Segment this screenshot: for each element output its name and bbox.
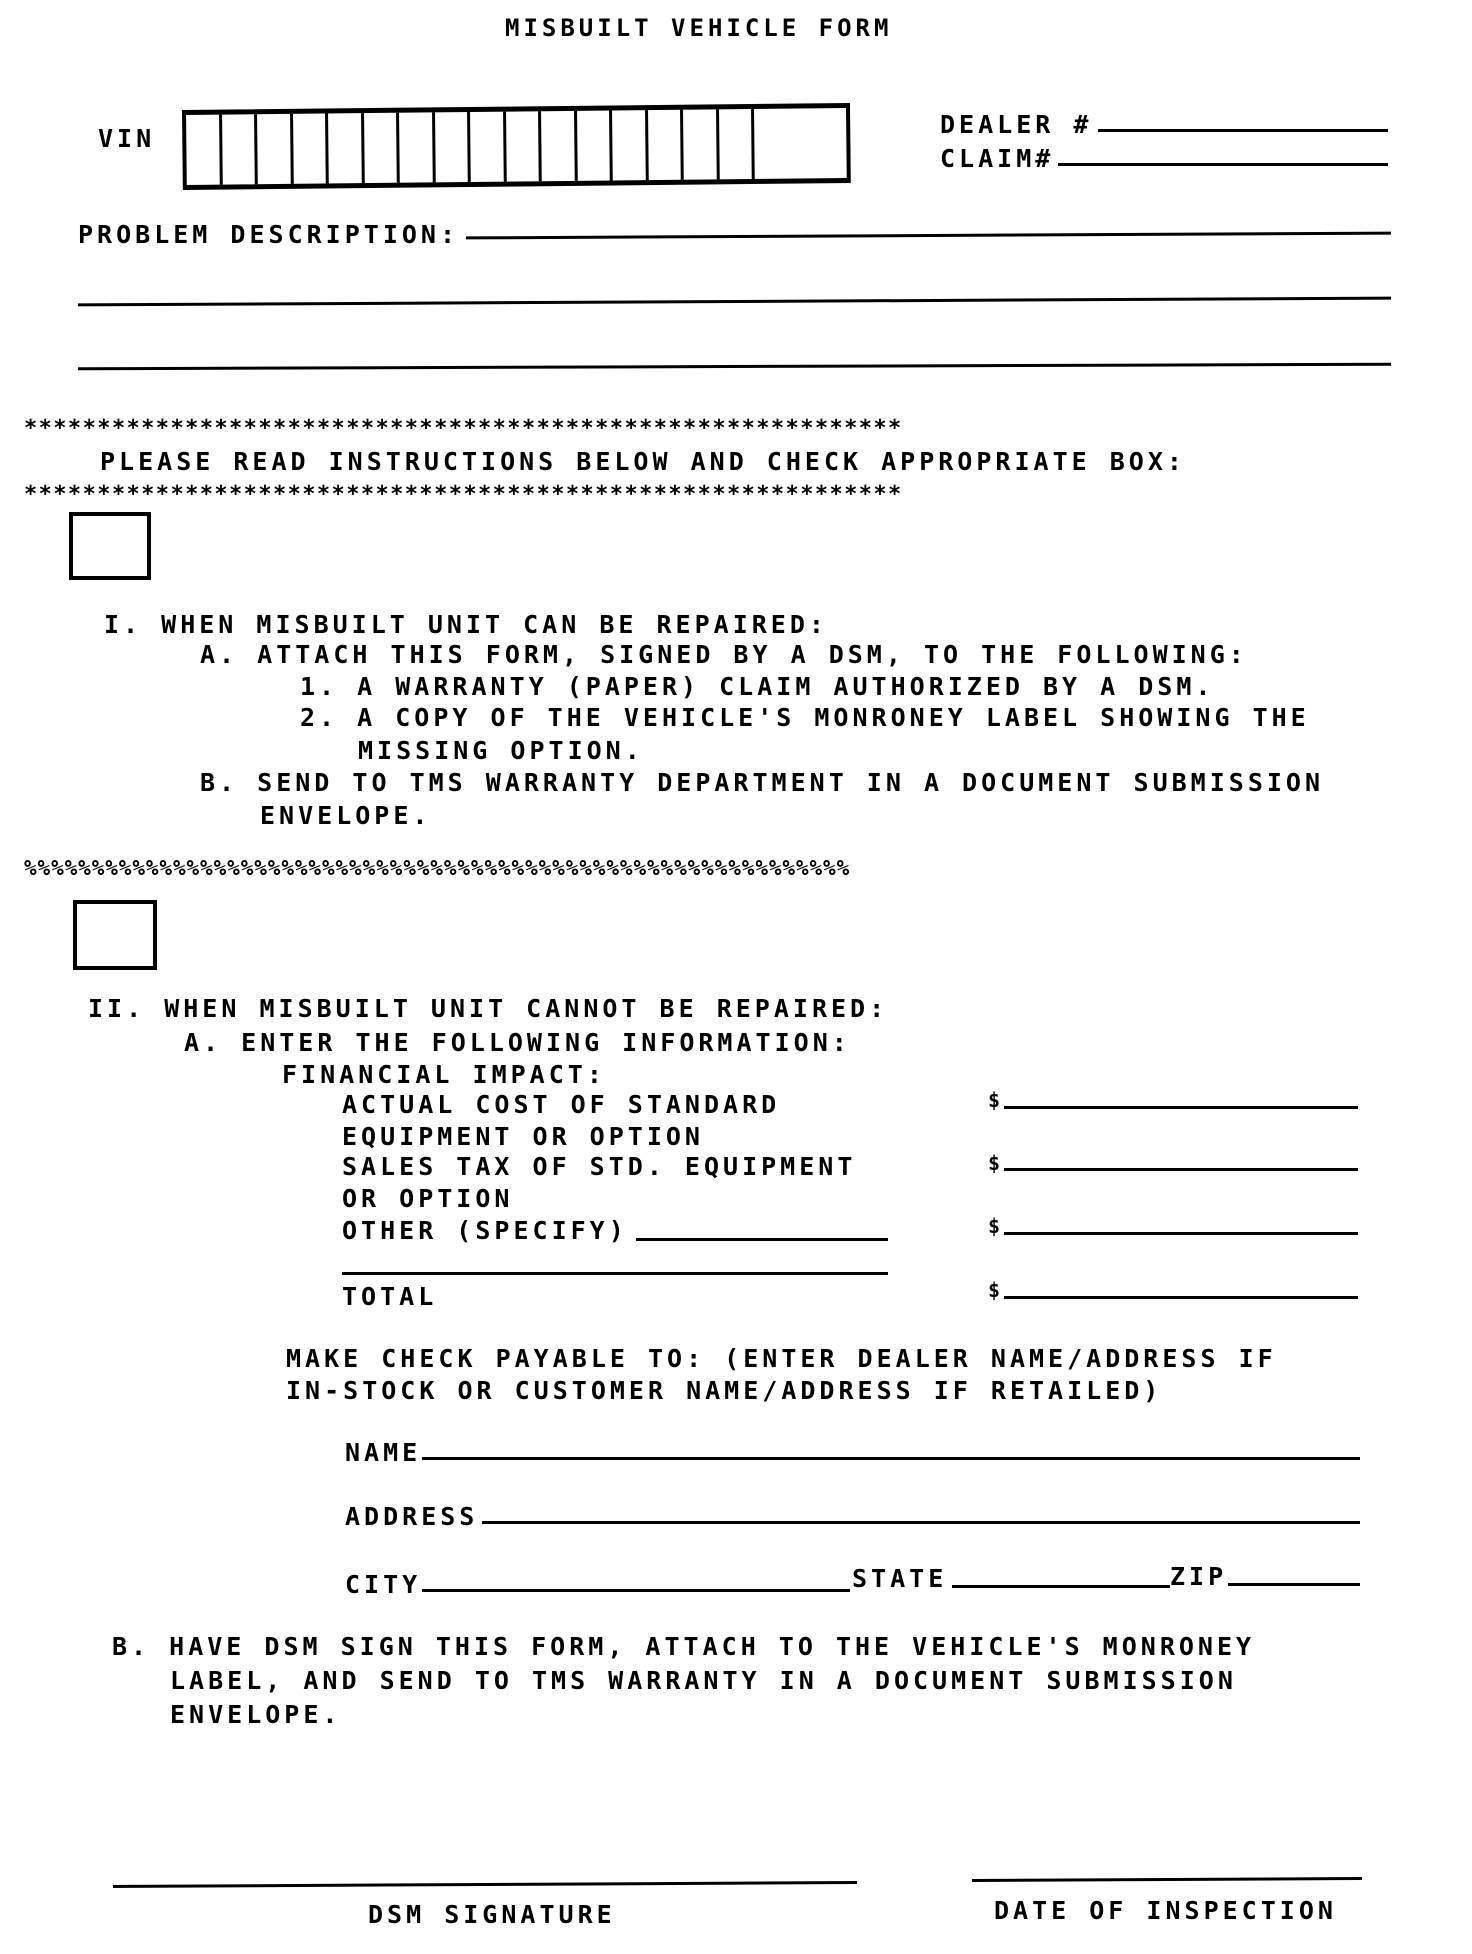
checkbox-cannot-be-repaired[interactable] bbox=[73, 900, 157, 970]
vin-char-4[interactable] bbox=[293, 113, 329, 183]
section-2-item-b: B. HAVE DSM SIGN THIS FORM, ATTACH TO TH… bbox=[112, 1634, 1255, 1659]
state-label: STATE bbox=[852, 1566, 947, 1591]
vin-char-1[interactable] bbox=[186, 115, 222, 185]
date-of-inspection-field[interactable] bbox=[972, 1877, 1362, 1882]
address-field[interactable] bbox=[482, 1521, 1360, 1524]
address-label: ADDRESS bbox=[345, 1504, 478, 1529]
problem-description-field-2[interactable] bbox=[78, 297, 1391, 307]
zip-field[interactable] bbox=[1228, 1583, 1360, 1586]
sales-tax-field[interactable] bbox=[1004, 1168, 1358, 1171]
payable-instructions: MAKE CHECK PAYABLE TO: (ENTER DEALER NAM… bbox=[286, 1346, 1277, 1371]
vin-char-8[interactable] bbox=[435, 112, 471, 182]
city-field[interactable] bbox=[422, 1589, 850, 1592]
vin-char-6[interactable] bbox=[364, 113, 400, 183]
other-specify-field[interactable] bbox=[636, 1238, 888, 1241]
other-amount-field[interactable] bbox=[1004, 1232, 1358, 1235]
percent-separator: %%%%%%%%%%%%%%%%%%%%%%%%%%%%%%%%%%%%%%%%… bbox=[24, 858, 850, 879]
problem-description-label: PROBLEM DESCRIPTION: bbox=[78, 222, 459, 247]
section-1-item-a2-cont: MISSING OPTION. bbox=[358, 738, 644, 763]
section-1-item-a2: 2. A COPY OF THE VEHICLE'S MONRONEY LABE… bbox=[300, 705, 1310, 730]
claim-number-label: CLAIM# bbox=[940, 146, 1054, 171]
vin-char-7[interactable] bbox=[399, 112, 435, 182]
vin-char-2[interactable] bbox=[222, 114, 258, 184]
vin-label: VIN bbox=[98, 126, 155, 151]
state-field[interactable] bbox=[952, 1585, 1170, 1588]
form-title: MISBUILT VEHICLE FORM bbox=[505, 16, 892, 40]
total-field[interactable] bbox=[1004, 1296, 1358, 1299]
name-label: NAME bbox=[345, 1440, 421, 1465]
vin-char-10[interactable] bbox=[506, 111, 542, 181]
other-specify-label: OTHER (SPECIFY) bbox=[342, 1218, 628, 1243]
vin-input-boxes[interactable] bbox=[182, 103, 851, 190]
section-1-item-b-cont: ENVELOPE. bbox=[260, 803, 431, 828]
sales-tax-label-cont: OR OPTION bbox=[342, 1186, 513, 1211]
section-2-heading: II. WHEN MISBUILT UNIT CANNOT BE REPAIRE… bbox=[88, 996, 888, 1021]
section-1-item-a: A. ATTACH THIS FORM, SIGNED BY A DSM, TO… bbox=[200, 642, 1248, 667]
actual-cost-label: ACTUAL COST OF STANDARD bbox=[342, 1092, 780, 1117]
vin-char-5[interactable] bbox=[328, 113, 364, 183]
vin-char-9[interactable] bbox=[470, 112, 506, 182]
section-1-heading: I. WHEN MISBUILT UNIT CAN BE REPAIRED: bbox=[104, 612, 828, 637]
dsm-signature-field[interactable] bbox=[113, 1881, 857, 1888]
section-2-item-b-cont-2: ENVELOPE. bbox=[170, 1702, 341, 1727]
actual-cost-currency: $ bbox=[988, 1090, 1004, 1110]
problem-description-field-3[interactable] bbox=[78, 363, 1391, 371]
vin-char-3[interactable] bbox=[257, 114, 293, 184]
actual-cost-label-cont: EQUIPMENT OR OPTION bbox=[342, 1124, 704, 1149]
sales-tax-label: SALES TAX OF STD. EQUIPMENT bbox=[342, 1154, 856, 1179]
instructions-heading: PLEASE READ INSTRUCTIONS BELOW AND CHECK… bbox=[100, 449, 1186, 474]
dealer-number-field[interactable] bbox=[1098, 129, 1388, 132]
vin-char-11[interactable] bbox=[541, 111, 577, 181]
vin-char-12[interactable] bbox=[577, 110, 613, 180]
vin-char-15[interactable] bbox=[683, 109, 719, 179]
dsm-signature-label: DSM SIGNATURE bbox=[368, 1902, 616, 1927]
section-1-item-a1: 1. A WARRANTY (PAPER) CLAIM AUTHORIZED B… bbox=[300, 674, 1214, 699]
other-currency: $ bbox=[988, 1216, 1004, 1236]
vin-char-16[interactable] bbox=[719, 109, 755, 179]
zip-label: ZIP bbox=[1170, 1564, 1227, 1589]
star-separator-top: ****************************************… bbox=[24, 418, 903, 440]
section-2-item-a: A. ENTER THE FOLLOWING INFORMATION: bbox=[184, 1030, 851, 1055]
section-1-item-b: B. SEND TO TMS WARRANTY DEPARTMENT IN A … bbox=[200, 770, 1324, 795]
date-of-inspection-label: DATE OF INSPECTION bbox=[994, 1898, 1337, 1923]
section-2-item-b-cont: LABEL, AND SEND TO TMS WARRANTY IN A DOC… bbox=[170, 1668, 1237, 1693]
problem-description-field-1[interactable] bbox=[466, 232, 1391, 240]
vin-char-13[interactable] bbox=[612, 110, 648, 180]
total-currency: $ bbox=[988, 1280, 1004, 1300]
total-label: TOTAL bbox=[342, 1284, 437, 1309]
actual-cost-field[interactable] bbox=[1004, 1106, 1358, 1109]
sales-tax-currency: $ bbox=[988, 1153, 1004, 1173]
vin-char-17[interactable] bbox=[754, 109, 790, 179]
vin-char-14[interactable] bbox=[648, 110, 684, 180]
financial-impact-label: FINANCIAL IMPACT: bbox=[282, 1062, 606, 1087]
claim-number-field[interactable] bbox=[1058, 163, 1388, 166]
payable-instructions-cont: IN-STOCK OR CUSTOMER NAME/ADDRESS IF RET… bbox=[286, 1378, 1162, 1403]
dealer-number-label: DEALER # bbox=[940, 112, 1092, 137]
checkbox-can-be-repaired[interactable] bbox=[69, 512, 151, 580]
other-specify-field-2[interactable] bbox=[342, 1272, 888, 1275]
star-separator-bottom: ****************************************… bbox=[24, 484, 903, 506]
name-field[interactable] bbox=[422, 1457, 1360, 1460]
city-label: CITY bbox=[345, 1572, 421, 1597]
